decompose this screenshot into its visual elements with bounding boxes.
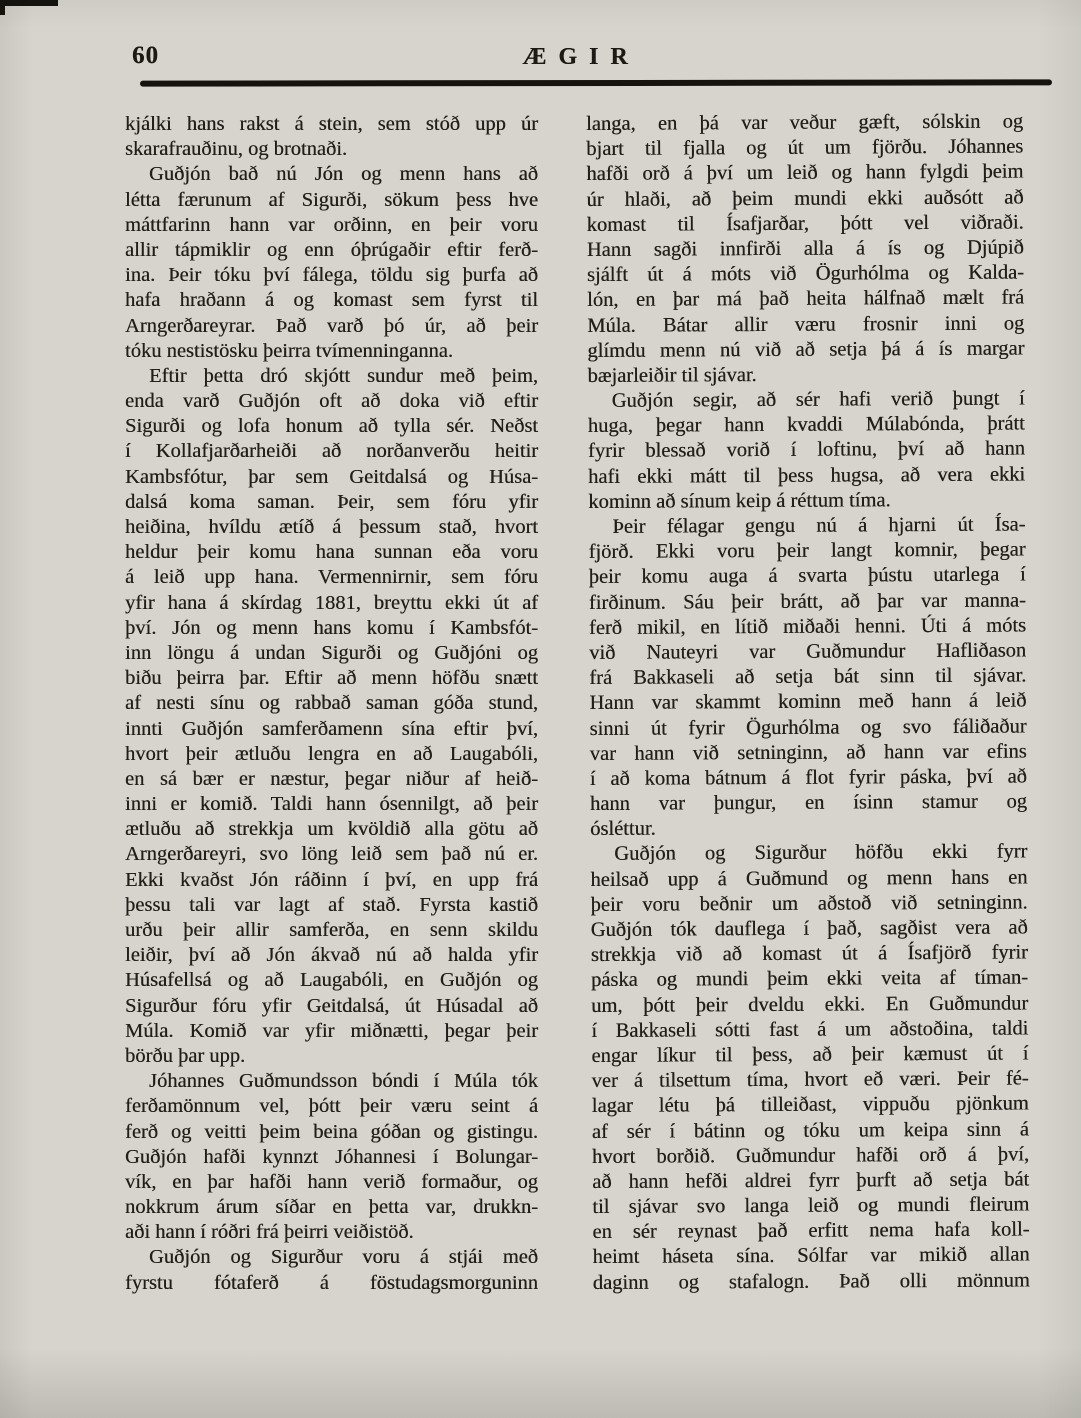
text-line: þessu tali var lagt af stað. Fyrsta kast…: [125, 893, 538, 918]
magazine-page: 60 Æ G I R kjálki hans rakst á stein, se…: [0, 0, 1081, 1418]
right-column: langa, en þá var veður gæft, sólskin ogb…: [586, 109, 1030, 1295]
text-line: hvort borðið. Guðmundur hafði orð á því,: [592, 1142, 1029, 1170]
text-line: fjörð. Ekki voru þeir langt komnir, þega…: [588, 538, 1025, 566]
text-line: ósléttur.: [590, 815, 1027, 843]
text-line: komast til Ísafjarðar, þótt vel viðraði.: [587, 210, 1024, 238]
text-line: í að koma bátnum á flot fyrir páska, því…: [590, 764, 1027, 792]
text-line: hafa hraðann á og komast sem fyrst til: [125, 288, 538, 313]
text-line: ina. Þeir tóku því fálega, töldu sig þur…: [125, 263, 538, 288]
text-line: yfir hana á skírdag 1881, breyttu ekki ú…: [125, 591, 538, 616]
text-line: en sér reynast það erfitt nema hafa koll…: [592, 1218, 1029, 1246]
text-line: frá Bakkaseli að setja bát sinn til sjáv…: [589, 664, 1026, 692]
header-rule: [140, 79, 1052, 86]
text-line: skarafrauðinu, og brotnaði.: [125, 137, 538, 162]
text-line: heldur þeir komu hana sunnan eða voru: [125, 540, 538, 565]
text-line: Arngerðareyrar. Það varð þó úr, að þeir: [125, 314, 538, 339]
text-line: inni er komið. Taldi hann ósennilgt, að …: [125, 792, 538, 817]
text-line: huga, þegar hann kvaddi Múlabónda, þrátt: [588, 412, 1025, 440]
text-line: fyrir blessað vorið í loftinu, því að ha…: [588, 437, 1025, 465]
text-line: Guðjón hafði kynnzt Jóhannesi í Bolungar…: [125, 1145, 538, 1170]
left-column: kjálki hans rakst á stein, sem stóð upp …: [125, 112, 538, 1296]
text-line: létta færunum af Sigurði, sökum þess hve: [125, 188, 538, 213]
text-line: í Kollafjarðarheiði að norðanverðu heiti…: [125, 439, 538, 464]
text-line: strekkja við að komast út á Ísafjörð fyr…: [591, 941, 1028, 969]
text-line: Guðjón og Sigurður höfðu ekki fyrr: [590, 840, 1027, 868]
text-line: Guðjón bað nú Jón og menn hans að: [125, 162, 538, 187]
text-line: aði hann í róðri frá þeirri veiðistöð.: [125, 1220, 538, 1245]
text-line: hafði orð á því um leið og hann fylgdi þ…: [586, 160, 1023, 188]
page-title: Æ G I R: [72, 44, 1081, 71]
text-line: ver á tilsettum tíma, hvort eð væri. Þei…: [592, 1067, 1029, 1095]
text-line: Jóhannes Guðmundsson bóndi í Múla tók: [125, 1069, 538, 1094]
text-line: enda varð Guðjón oft að doka við eftir: [125, 389, 538, 414]
text-line: Arngerðareyri, svo löng leið sem það nú …: [125, 842, 538, 867]
text-line: lagar létu þá tilleiðast, vippuðu pjönku…: [592, 1092, 1029, 1120]
text-line: Eftir þetta dró skjótt sundur með þeim,: [125, 364, 538, 389]
text-line: Sigurði og lofa honum að tylla sér. Neðs…: [125, 414, 538, 439]
text-line: Húsafellsá og að Laugabóli, en Guðjón og: [125, 968, 538, 993]
text-line: af sér í bátinn og tóku um keipa sinn á: [592, 1117, 1029, 1145]
text-line: hafi ekki mátt til þess hugsa, að vera e…: [588, 462, 1025, 490]
text-line: þeir voru beðnir um aðstoð við setningin…: [590, 890, 1027, 918]
text-line: leiðir, því að Jón ákvað nú að halda yfi…: [125, 943, 538, 968]
text-line: af nesti sínu og rabbað saman góða stund…: [125, 691, 538, 716]
text-line: allir tápmiklir og enn óþrúgaðir eftir f…: [125, 238, 538, 263]
text-line: daginn og stafalogn. Það olli mönnum: [593, 1268, 1030, 1296]
text-line: úr hlaði, að þeim mundi ekki auðsótt að: [586, 185, 1023, 213]
text-line: því. Jón og menn hans komu í Kambsfót-: [125, 616, 538, 641]
text-line: Guðjón tók dauflega í það, sagðist vera …: [591, 915, 1028, 943]
text-line: Sigurður fóru yfir Geitdalsá, út Húsadal…: [125, 994, 538, 1019]
text-line: en sá bær er næstur, þegar niður af heið…: [125, 767, 538, 792]
text-line: ferð mikil, en lítið miðaði henni. Úti á…: [589, 613, 1026, 641]
text-line: Múla. Komið var yfir miðnætti, þegar þei…: [125, 1019, 538, 1044]
text-line: var hann við setninginn, að hann var efi…: [590, 739, 1027, 767]
text-line: urðu þeir allir samferða, en senn skildu: [125, 918, 538, 943]
text-line: í Bakkaseli sótti fast á um aðstoðina, t…: [591, 1016, 1028, 1044]
text-line: á leið upp hana. Vermennirnir, sem fóru: [125, 565, 538, 590]
text-line: páska og mundi þeim ekki veita af tíman-: [591, 966, 1028, 994]
text-line: vík, en þar hafði hann verið formaður, o…: [125, 1170, 538, 1195]
text-line: innti Guðjón samferðamenn sína eftir því…: [125, 717, 538, 742]
text-line: Ekki kvaðst Jón ráðinn í því, en upp frá: [125, 868, 538, 893]
text-line: að hann hefði aldrei fyrr þurft að setja…: [592, 1167, 1029, 1195]
text-line: heiðina, hvíldu ætíð á þessum stað, hvor…: [125, 515, 538, 540]
text-line: fyrstu fótaferð á föstudagsmorguninn: [125, 1271, 538, 1296]
text-line: um, þótt þeir dveldu ekki. En Guðmundur: [591, 991, 1028, 1019]
text-line: ferðamönnum vel, þótt þeir væru seint á: [125, 1094, 538, 1119]
text-line: börðu þar upp.: [125, 1044, 538, 1069]
text-line: ætluðu að strekkja um kvöldið alla götu …: [125, 817, 538, 842]
text-line: tóku nestistösku þeirra tvímenninganna.: [125, 339, 538, 364]
text-line: Guðjón segir, að sér hafi verið þungt í: [588, 387, 1025, 415]
text-line: máttfarinn hann var orðinn, en þeir voru: [125, 213, 538, 238]
text-line: við Nauteyri var Guðmundur Hafliðason: [589, 638, 1026, 666]
text-line: hann var þungur, en ísinn stamur og: [590, 790, 1027, 818]
text-line: heimt háseta sína. Sólfar var mikið alla…: [593, 1243, 1030, 1271]
text-line: þeir komu auga á svarta þústu utarlega í: [589, 563, 1026, 591]
text-line: sinni út fyrir Ögurhólma og svo fáliðaðu…: [589, 714, 1026, 742]
text-line: ferð og veitti þeim beina góðan og gisti…: [125, 1120, 538, 1145]
text-line: kominn að sínum keip á réttum tíma.: [588, 487, 1025, 515]
scan-corner-artifact: [0, 0, 58, 6]
text-line: inn löngu á undan Sigurði og Guðjóni og: [125, 641, 538, 666]
text-line: engar líkur til þess, að þeir kæmust út …: [591, 1041, 1028, 1069]
text-line: Hann var skammt kominn með hann á leið: [589, 689, 1026, 717]
text-line: firðinum. Sáu þeir brátt, að þar var man…: [589, 588, 1026, 616]
text-line: biðu þeirra þar. Eftir að menn höfðu snæ…: [125, 666, 538, 691]
text-line: bæjarleiðir til sjávar.: [587, 361, 1024, 389]
text-line: sjálft út á móts við Ögurhólma og Kalda-: [587, 261, 1024, 289]
text-line: lón, en þar má það heita hálfnað mælt fr…: [587, 286, 1024, 314]
text-line: glímdu menn nú við að setja þá á ís marg…: [587, 336, 1024, 364]
text-line: Guðjón og Sigurður voru á stjái með: [125, 1245, 538, 1270]
text-line: til sjávar svo langa leið og mundi fleir…: [592, 1193, 1029, 1221]
text-line: nokkrum árum síðar en þetta var, drukkn-: [125, 1195, 538, 1220]
text-line: dalsá koma saman. Þeir, sem fóru yfir: [125, 490, 538, 515]
text-line: Hann sagði innfirði alla á ís og Djúpið: [587, 235, 1024, 263]
text-line: Múla. Bátar allir væru frosnir inni og: [587, 311, 1024, 339]
text-line: hvort þeir ætluðu lengra en að Laugabóli…: [125, 742, 538, 767]
text-line: langa, en þá var veður gæft, sólskin og: [586, 109, 1023, 137]
text-line: Þeir félagar gengu nú á hjarni út Ísa-: [588, 512, 1025, 540]
text-line: kjálki hans rakst á stein, sem stóð upp …: [125, 112, 538, 137]
text-line: Kambsfótur, þar sem Geitdalsá og Húsa-: [125, 465, 538, 490]
text-line: heilsað upp á Guðmund og menn hans en: [590, 865, 1027, 893]
text-line: bjart til fjalla og út um fjörðu. Jóhann…: [586, 135, 1023, 163]
